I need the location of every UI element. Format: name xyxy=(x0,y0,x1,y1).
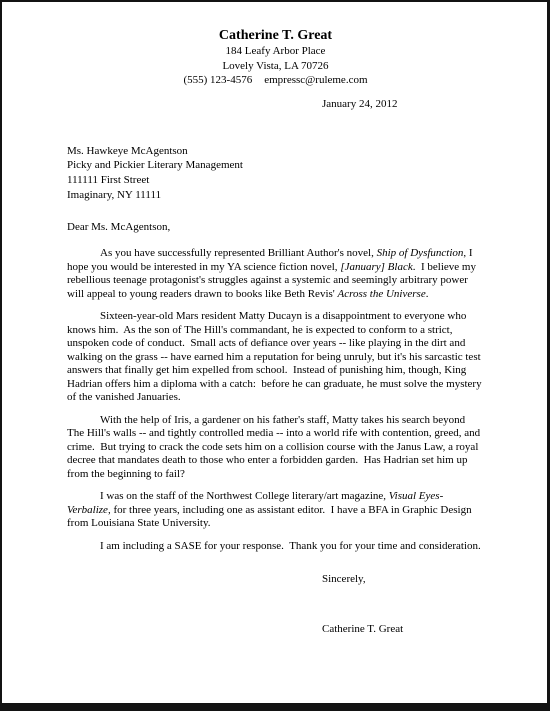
salutation: Dear Ms. McAgentson, xyxy=(67,221,484,235)
letter-content: Catherine T. Great 184 Leafy Arbor Place… xyxy=(2,2,547,636)
valediction: Sincerely, xyxy=(322,573,484,587)
text-segment: I was on the staff of the Northwest Coll… xyxy=(100,490,389,502)
sender-address-line1: 184 Leafy Arbor Place xyxy=(67,44,484,59)
letter-paragraph: I was on the staff of the Northwest Coll… xyxy=(67,490,484,531)
letter-date: January 24, 2012 xyxy=(322,97,484,111)
address-line: Picky and Pickier Literary Management xyxy=(67,158,484,173)
italic-title-segment: Across the Universe xyxy=(338,288,426,300)
letter-paragraph: I am including a SASE for your response.… xyxy=(67,540,484,554)
letter-paragraph: As you have successfully represented Bri… xyxy=(67,247,484,301)
text-segment: . xyxy=(426,288,429,300)
sender-phone: (555) 123-4576 xyxy=(183,74,252,86)
text-segment: for three years, including one as assist… xyxy=(67,504,474,530)
sender-contact-line: (555) 123-4576empressc@ruleme.com xyxy=(67,73,484,88)
letter-page: Catherine T. Great 184 Leafy Arbor Place… xyxy=(0,0,550,711)
sender-address-line2: Lovely Vista, LA 70726 xyxy=(67,59,484,74)
text-segment: As you have successfully represented Bri… xyxy=(100,247,377,259)
sender-email: empressc@ruleme.com xyxy=(264,74,367,86)
text-segment: With the help of Iris, a gardener on his… xyxy=(67,414,483,480)
letterhead: Catherine T. Great 184 Leafy Arbor Place… xyxy=(67,27,484,88)
sender-name: Catherine T. Great xyxy=(67,27,484,44)
letter-paragraph: With the help of Iris, a gardener on his… xyxy=(67,414,484,482)
address-line: 111111 First Street xyxy=(67,173,484,188)
closing-block: Sincerely, Catherine T. Great xyxy=(322,573,484,636)
address-line: Imaginary, NY 11111 xyxy=(67,188,484,203)
text-segment: Sixteen-year-old Mars resident Matty Duc… xyxy=(67,310,484,403)
italic-title-segment: [January] Black xyxy=(340,261,412,273)
signature-name: Catherine T. Great xyxy=(322,623,484,637)
text-segment: I am including a SASE for your response.… xyxy=(100,540,481,552)
italic-title-segment: Ship of Dysfunction xyxy=(377,247,464,259)
recipient-address: Ms. Hawkeye McAgentsonPicky and Pickier … xyxy=(67,144,484,203)
letter-body: As you have successfully represented Bri… xyxy=(67,247,484,553)
address-line: Ms. Hawkeye McAgentson xyxy=(67,144,484,159)
letter-paragraph: Sixteen-year-old Mars resident Matty Duc… xyxy=(67,310,484,405)
